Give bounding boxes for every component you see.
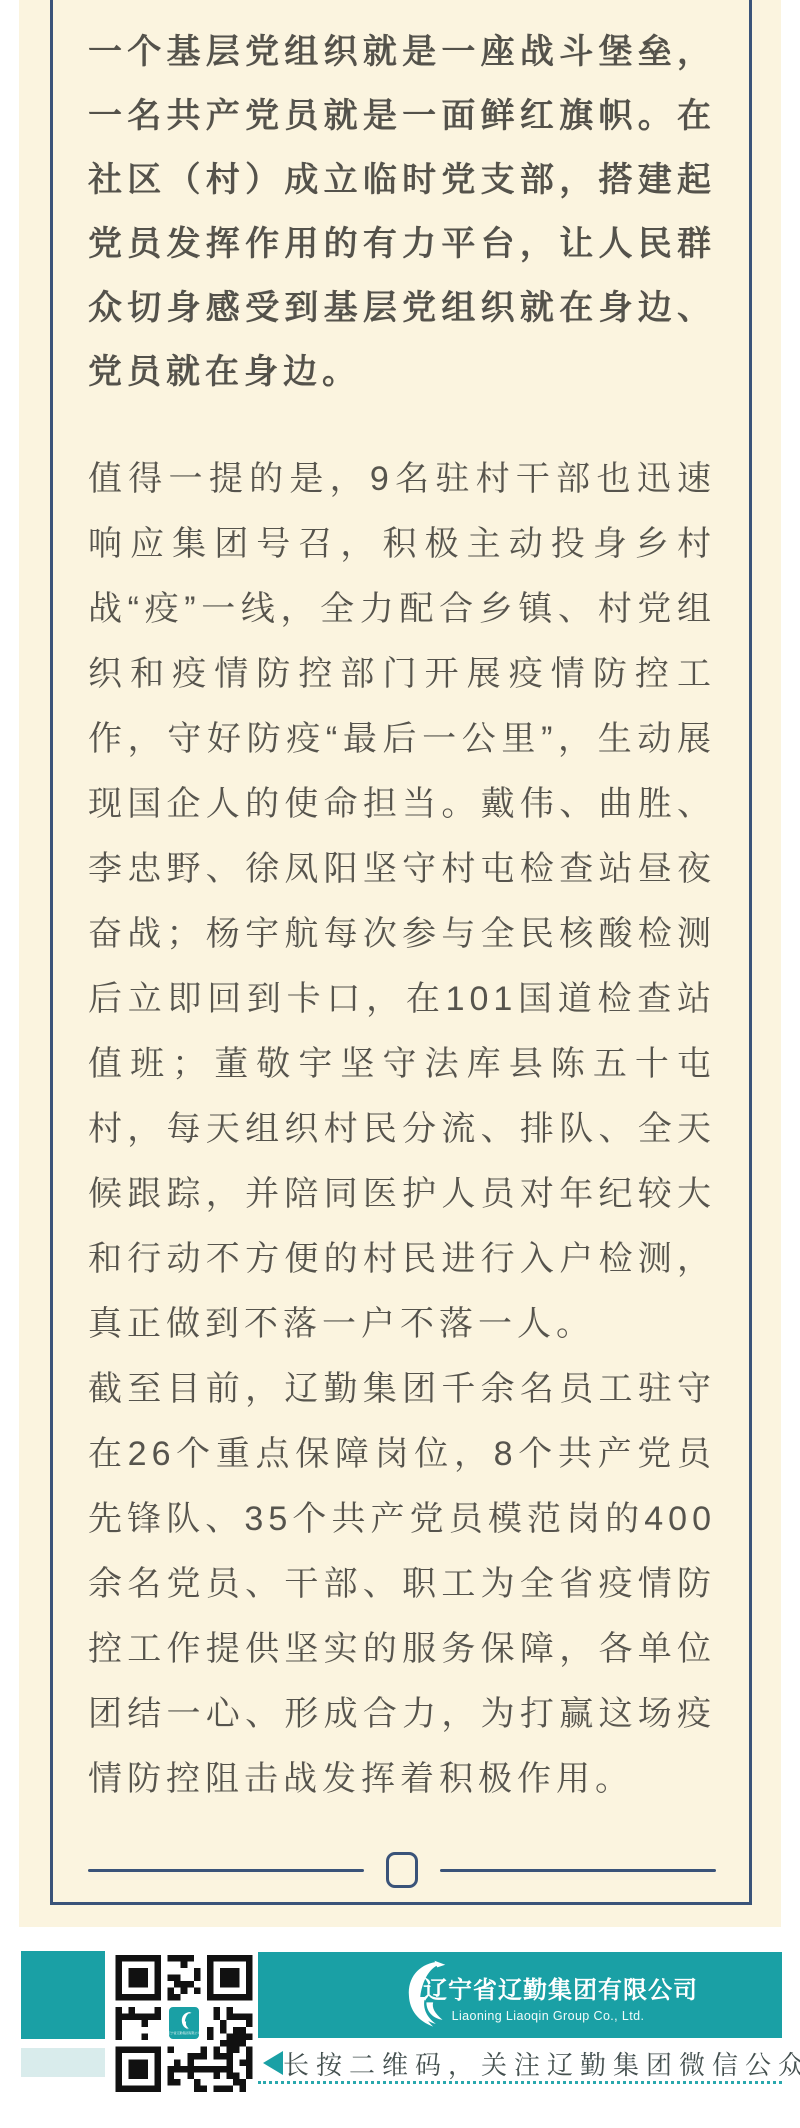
paragraph-body-1: 值得一提的是，9名驻村干部也迅速响应集团号召，积极主动投身乡村战“疫”一线，全力… [88, 447, 716, 1357]
article-content: 一个基层党组织就是一座战斗堡垒，一名共产党员就是一面鲜红旗帜。在社区（村）成立临… [19, 0, 781, 1888]
dotted-divider [258, 2081, 782, 2084]
footer-accent-block [21, 1951, 105, 2039]
paragraph-body-2: 截至目前，辽勤集团千余名员工驻守在26个重点保障岗位，8个共产党员先锋队、35个… [88, 1357, 716, 1812]
footer-banner: 辽宁省辽勤集团有限公司 辽宁省辽勤集团有限公司 Liaoning Liaoqin… [0, 1950, 800, 2110]
qr-logo-text: 辽宁省辽勤集团有限公司 [168, 2031, 201, 2035]
left-triangle-icon [263, 2051, 283, 2075]
qr-caption-row: 长按二维码，关注辽勤集团微信公众号 [258, 2046, 782, 2080]
divider-line-left [88, 1869, 364, 1872]
company-name-zh: 辽宁省辽勤集团有限公司 [423, 1970, 673, 2005]
company-banner: 辽宁省辽勤集团有限公司 Liaoning Liaoqin Group Co., … [258, 1952, 782, 2038]
divider-line-right [440, 1869, 716, 1872]
qr-code[interactable]: 辽宁省辽勤集团有限公司 [115, 1955, 253, 2092]
divider-ornament-icon [386, 1852, 418, 1888]
company-name-en: Liaoning Liaoqin Group Co., Ltd. [423, 2009, 673, 2023]
paragraph-lead: 一个基层党组织就是一座战斗堡垒，一名共产党员就是一面鲜红旗帜。在社区（村）成立临… [88, 20, 716, 404]
content-card: 一个基层党组织就是一座战斗堡垒，一名共产党员就是一面鲜红旗帜。在社区（村）成立临… [19, 0, 781, 1927]
phoenix-logo-icon-small [175, 2011, 193, 2031]
company-name-block: 辽宁省辽勤集团有限公司 Liaoning Liaoqin Group Co., … [423, 1970, 673, 2023]
footer-accent-block-light [21, 2048, 105, 2077]
qr-center-logo: 辽宁省辽勤集团有限公司 [167, 2005, 201, 2041]
qr-caption: 长按二维码，关注辽勤集团微信公众号 [283, 2045, 800, 2082]
section-divider [88, 1852, 716, 1888]
